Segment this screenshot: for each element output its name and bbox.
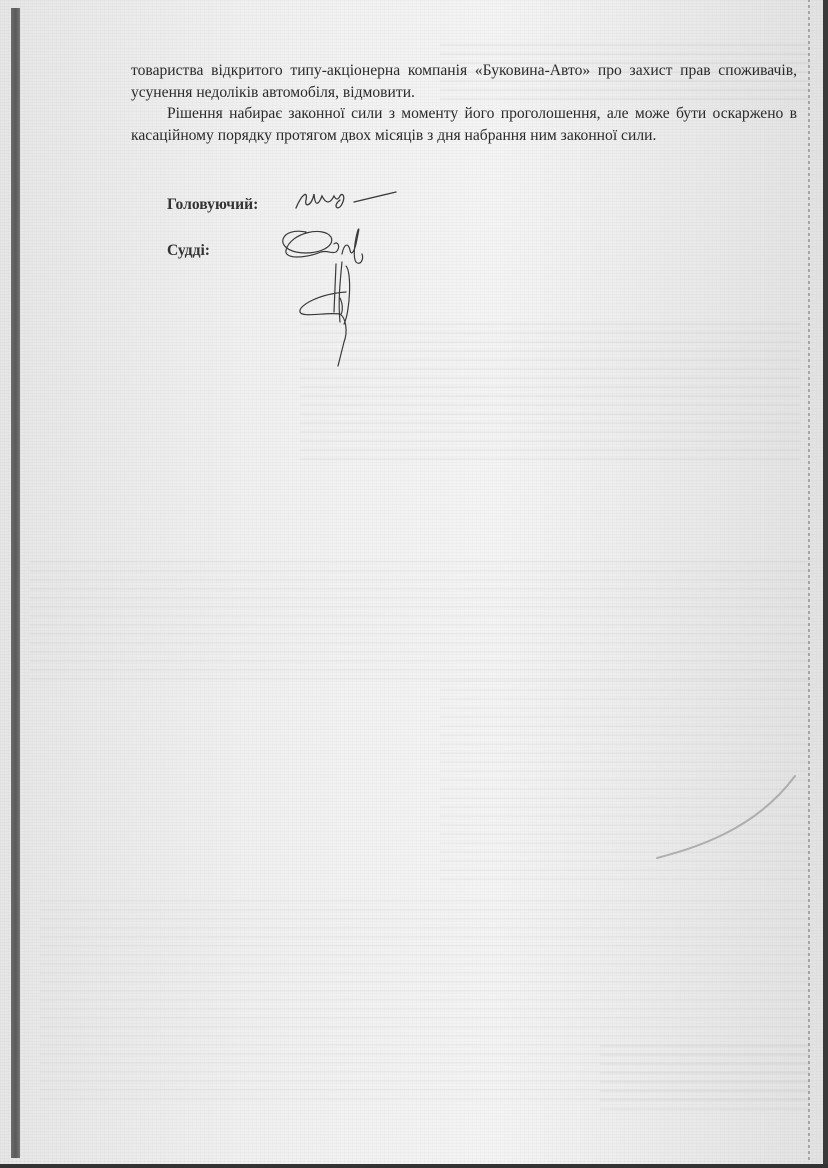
scan-noise bbox=[600, 1040, 810, 1110]
scan-fold-line bbox=[808, 0, 810, 1160]
judge-signature-2 bbox=[296, 262, 366, 372]
scan-noise bbox=[30, 560, 810, 680]
scan-noise bbox=[40, 900, 810, 1100]
judges-label: Судді: bbox=[167, 242, 210, 260]
scan-bottom-edge bbox=[0, 1164, 828, 1168]
scan-noise bbox=[300, 320, 800, 460]
scan-right-edge bbox=[823, 0, 828, 1168]
presiding-judge-label: Головуючий: bbox=[167, 196, 258, 214]
scan-left-edge bbox=[11, 8, 20, 1158]
pencil-mark bbox=[655, 770, 805, 870]
paragraph-effect: Рішення набирає законної сили з моменту … bbox=[131, 103, 797, 146]
scanned-page: товариства відкритого типу-акціонерна ко… bbox=[0, 0, 828, 1168]
presiding-signature bbox=[292, 186, 402, 216]
document-body: товариства відкритого типу-акціонерна ко… bbox=[131, 60, 797, 146]
paragraph-conclusion: товариства відкритого типу-акціонерна ко… bbox=[131, 60, 797, 103]
